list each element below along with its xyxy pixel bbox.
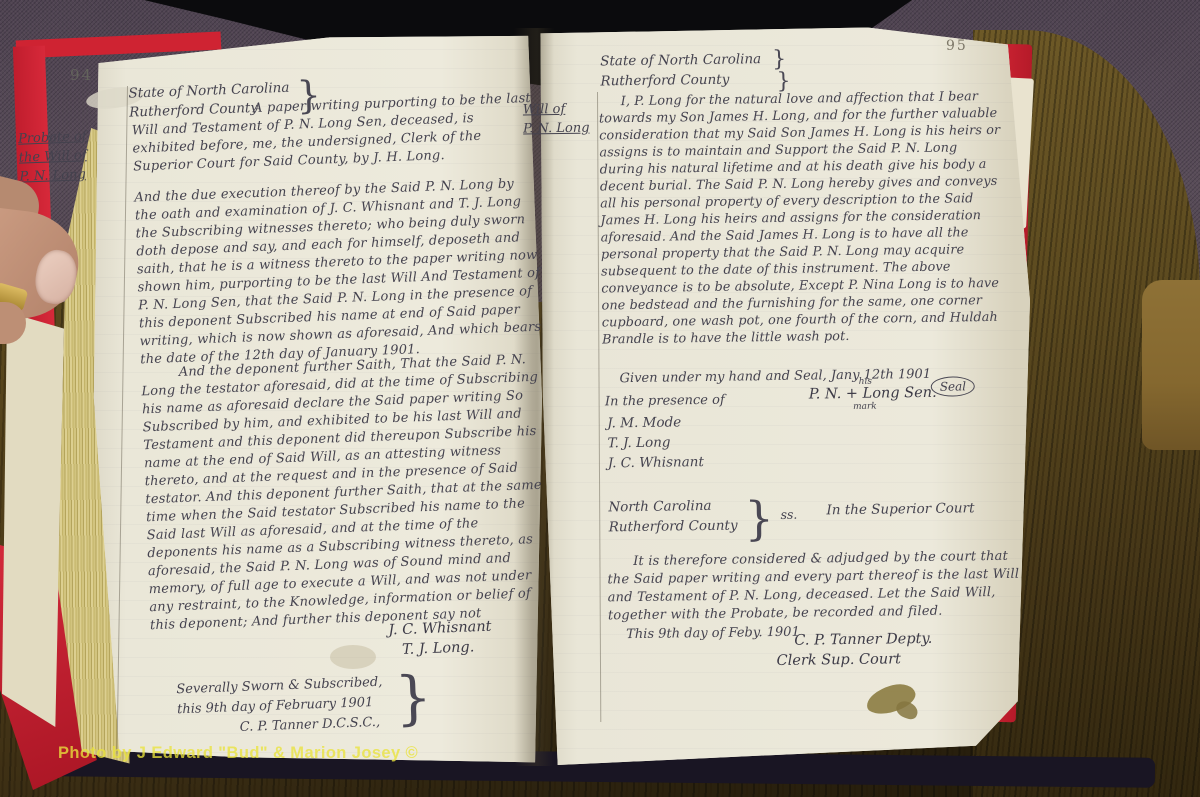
probate-paragraph-3: And the deponent further Saith, That the… — [140, 351, 554, 636]
clerk-title: Clerk Sup. Court — [776, 651, 901, 669]
court-order-paragraph: It is therefore considered & adjudged by… — [607, 548, 1020, 626]
photograph-of-record-book: 94 95 Probate of the Will of P. N. Long … — [0, 0, 1200, 797]
his-mark-label-bottom: mark — [853, 402, 877, 412]
clerk-signature: C. P. Tanner Depty. — [794, 631, 932, 649]
venue-court: In the Superior Court — [826, 500, 974, 518]
probate-paragraph-1: A paper writing purporting to be the las… — [131, 90, 535, 177]
seal-mark: Seal — [931, 376, 976, 397]
right-heading-county: Rutherford County — [600, 72, 729, 90]
chair-edge — [1142, 280, 1200, 450]
witness-name: J. C. Whisnant — [608, 454, 704, 471]
left-page-number: 94 — [70, 66, 93, 84]
witness-signature-whisnant: J. C. Whisnant — [388, 619, 492, 639]
probate-paragraph-2: And the due execution thereof by the Sai… — [134, 175, 544, 370]
page-stain-faint — [330, 645, 376, 669]
testator-signature: P. N. + Long Sen. — [809, 385, 937, 403]
left-page-text: Probate of the Will of P. N. Long State … — [118, 64, 573, 779]
venue-state: North Carolina — [608, 498, 711, 515]
margin-note-line: P. N. Long — [19, 164, 124, 187]
presence-label: In the presence of — [605, 393, 725, 410]
attestation-brace: } — [394, 663, 433, 732]
execution-line: Given under my hand and Seal, Jany 12th … — [620, 367, 932, 386]
witness-name: J. M. Mode — [607, 414, 681, 431]
right-heading-state: State of North Carolina — [600, 51, 761, 69]
venue-brace: } — [744, 491, 774, 545]
witness-signature-long: T. J. Long. — [402, 639, 475, 658]
left-heading-state: State of North Carolina — [128, 80, 289, 102]
witness-name: T. J. Long — [607, 434, 670, 451]
attestation-block: Severally Sworn & Subscribed, this 9th d… — [176, 673, 384, 741]
venue-ss: ss. — [780, 507, 797, 522]
venue-county: Rutherford County — [609, 518, 738, 536]
photographer-watermark: Photo by J Edward "Bud" & Marion Josey © — [58, 744, 418, 763]
will-body: I, P. Long for the natural love and affe… — [599, 88, 1005, 349]
book-board-edge — [2, 312, 64, 727]
left-margin-note: Probate of the Will of P. N. Long — [18, 126, 124, 187]
attestation-line: C. P. Tanner D.C.S.C., — [239, 713, 384, 738]
right-page-text: Will of P. N. Long State of North Caroli… — [560, 41, 1050, 748]
order-date: This 9th day of Feby. 1901 — [626, 625, 800, 642]
his-mark-label-top: his — [859, 377, 872, 387]
